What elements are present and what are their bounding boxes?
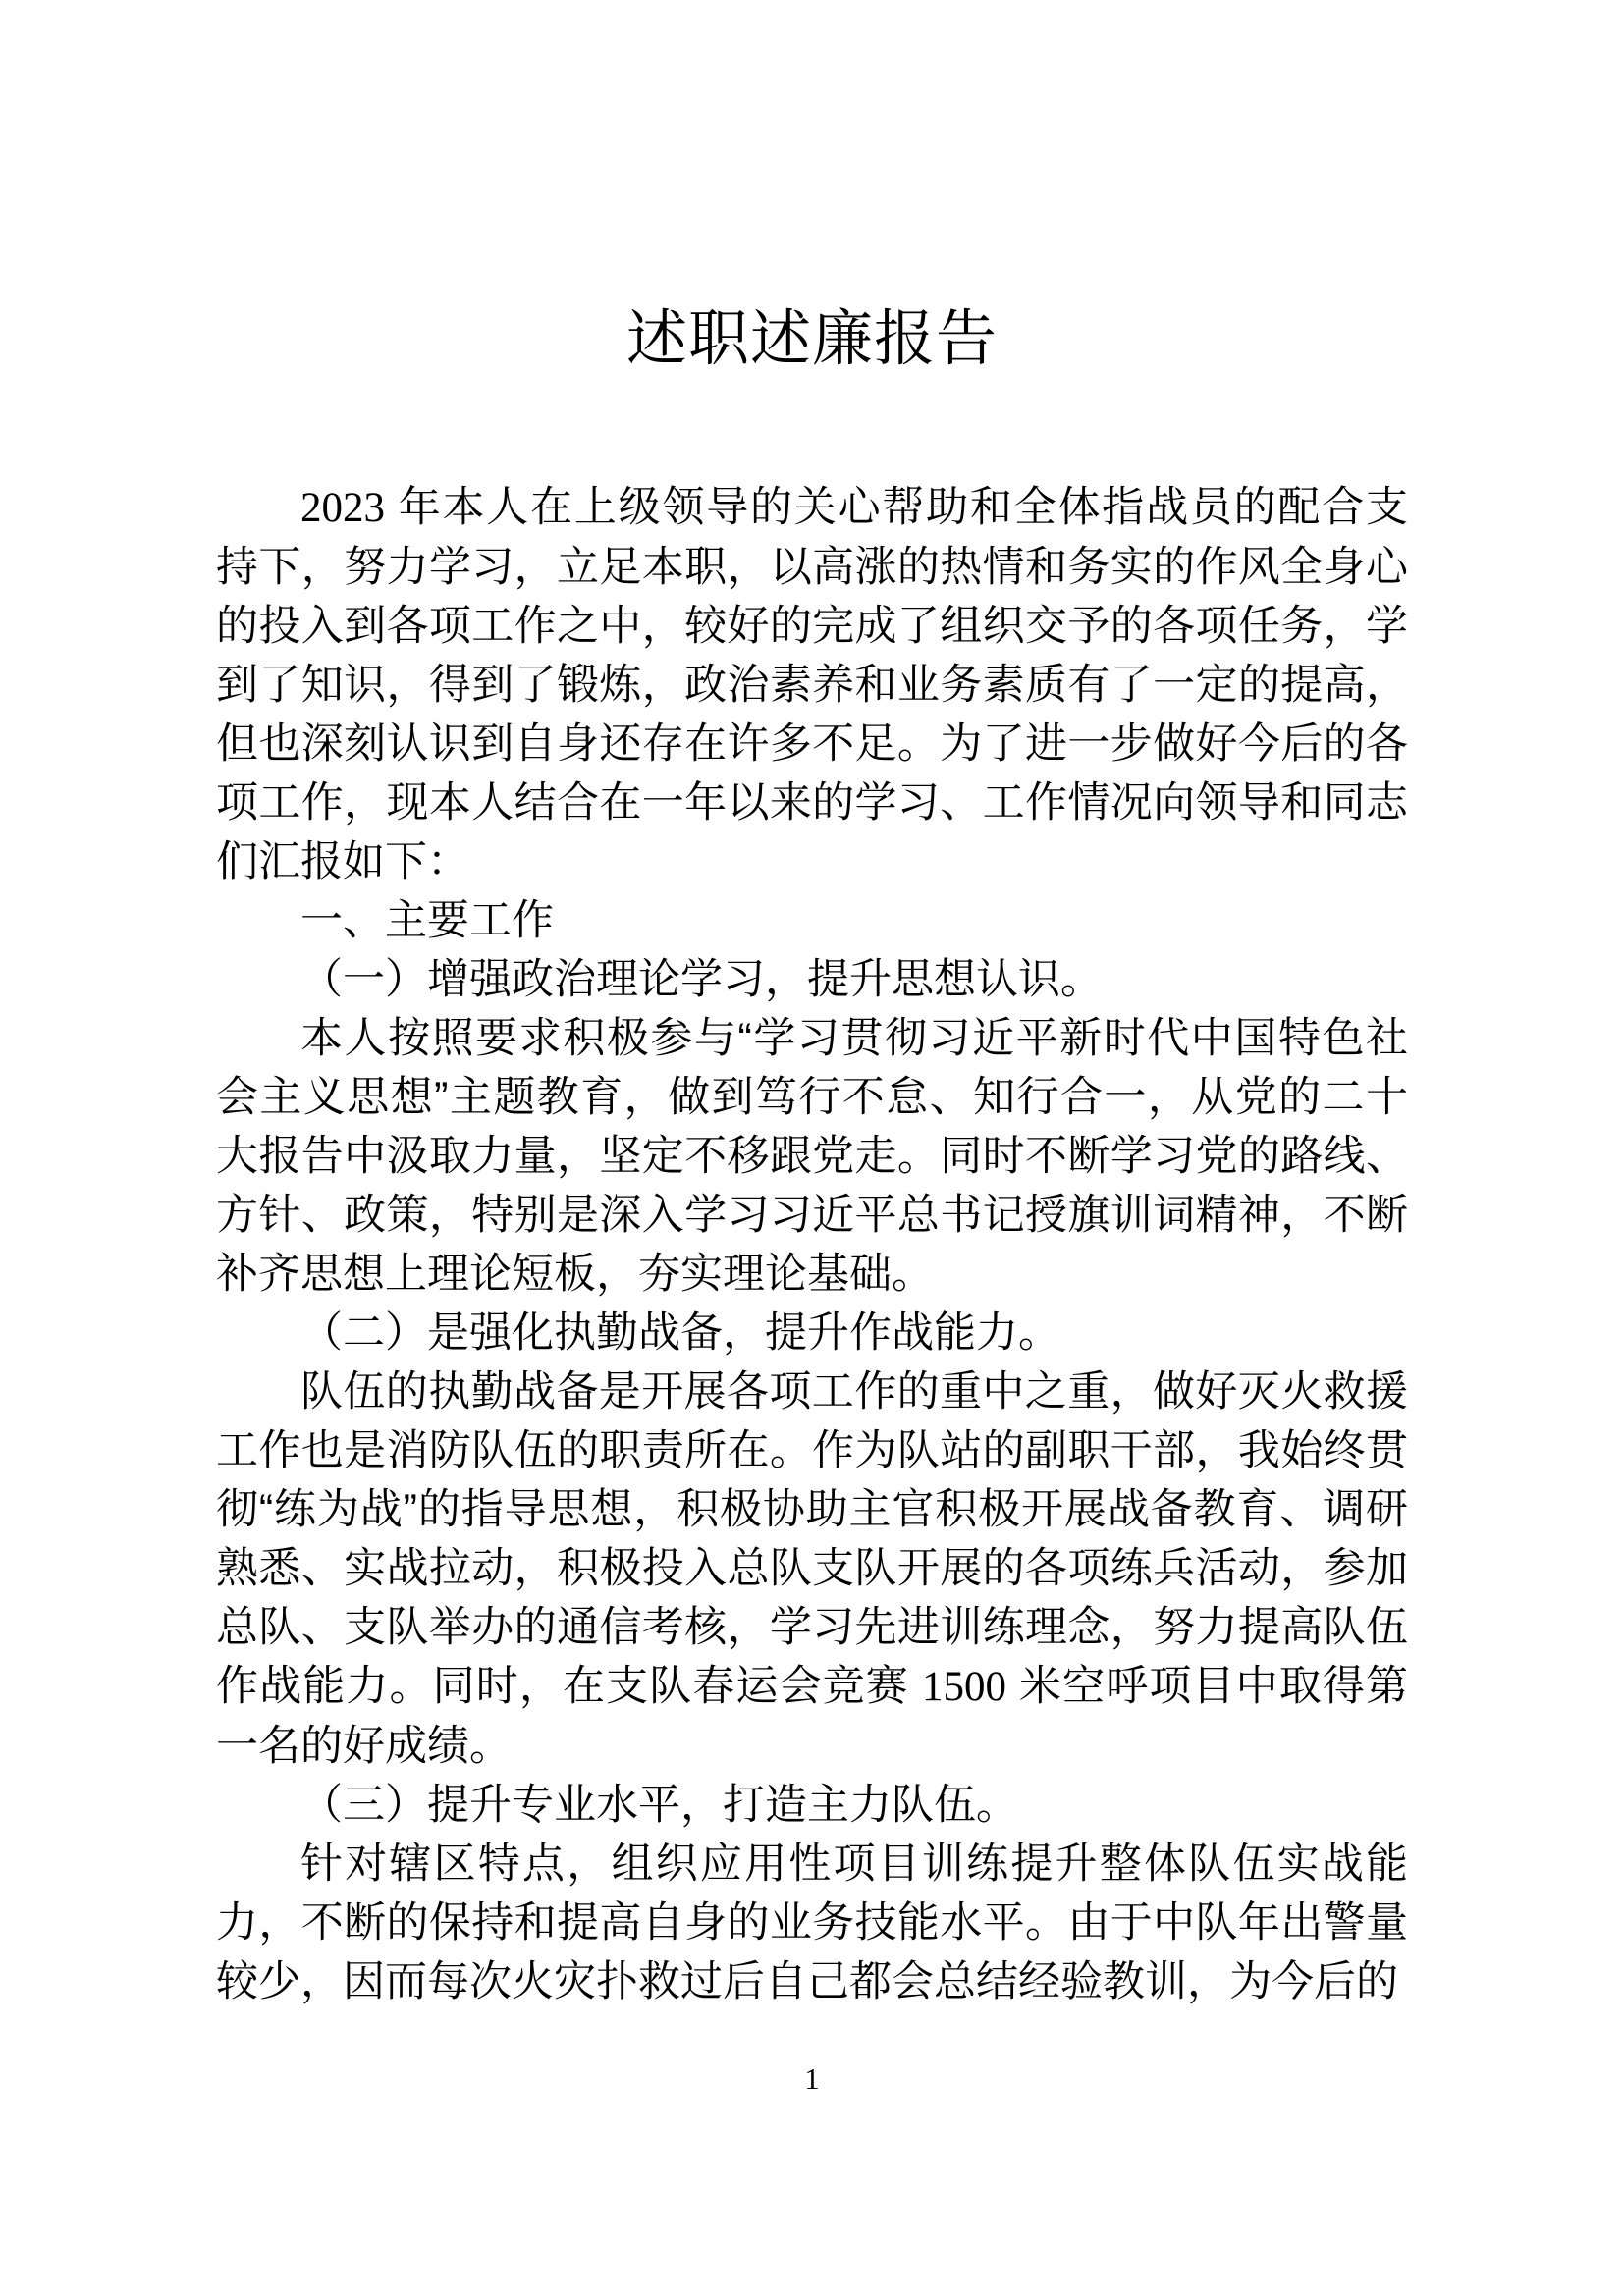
heading-main-work: 一、主要工作: [216, 891, 1408, 950]
document-title: 述职述廉报告: [0, 294, 1624, 385]
paragraph-intro: 2023 年本人在上级领导的关心帮助和全体指战员的配合支持下，努力学习，立足本职…: [216, 478, 1408, 891]
document-page: 述职述廉报告 2023 年本人在上级领导的关心帮助和全体指战员的配合支持下，努力…: [0, 0, 1624, 2296]
document-body: 2023 年本人在上级领导的关心帮助和全体指战员的配合支持下，努力学习，立足本职…: [216, 478, 1408, 2011]
subheading-professional-level: （三）提升专业水平，打造主力队伍。: [216, 1776, 1408, 1835]
paragraph-political-theory: 本人按照要求积极参与“学习贯彻习近平新时代中国特色社会主义思想”主题教育，做到笃…: [216, 1009, 1408, 1304]
subheading-political-theory: （一）增强政治理论学习，提升思想认识。: [216, 950, 1408, 1009]
subheading-duty-readiness: （二）是强化执勤战备，提升作战能力。: [216, 1304, 1408, 1362]
page-number: 1: [0, 2059, 1624, 2099]
paragraph-professional-level: 针对辖区特点，组织应用性项目训练提升整体队伍实战能力，不断的保持和提高自身的业务…: [216, 1835, 1408, 2011]
paragraph-duty-readiness: 队伍的执勤战备是开展各项工作的重中之重，做好灭火救援工作也是消防队伍的职责所在。…: [216, 1362, 1408, 1776]
